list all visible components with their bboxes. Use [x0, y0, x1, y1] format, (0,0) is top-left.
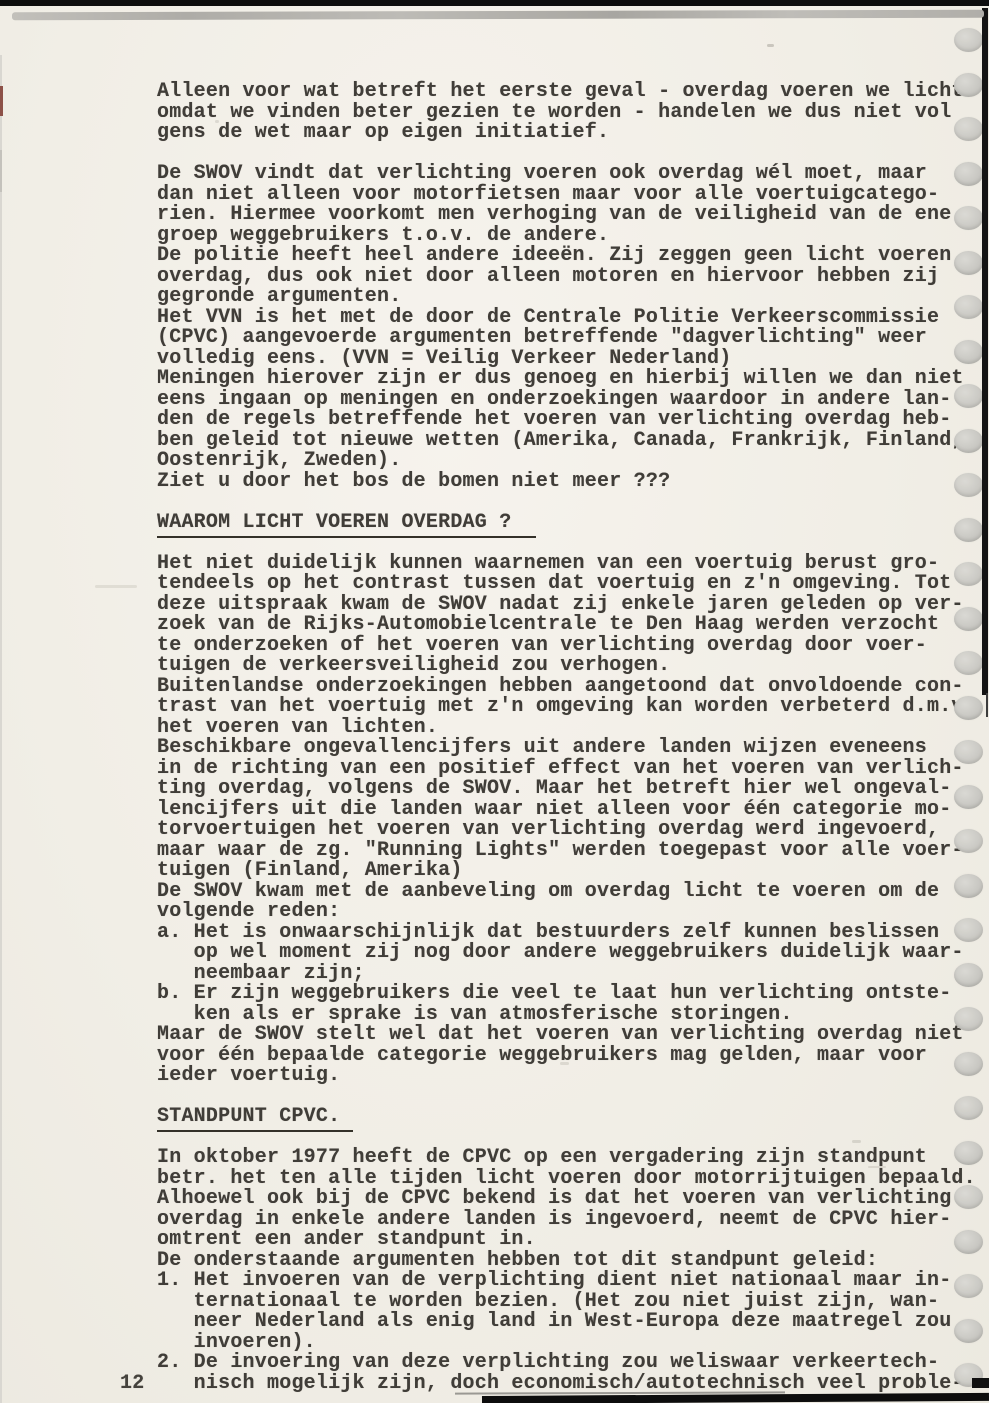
- binder-hole: [954, 1052, 983, 1076]
- binder-hole: [954, 1274, 983, 1298]
- text-line: ting overdag, volgens de SWOV. Maar het …: [157, 779, 976, 800]
- text-line: volgende reden:: [157, 902, 976, 923]
- text-line: dan niet alleen voor motorfietsen maar v…: [157, 185, 976, 206]
- text-line: b. Er zijn weggebruikers die veel te laa…: [157, 984, 976, 1005]
- binder-hole: [954, 963, 983, 987]
- text-line: het voeren van lichten.: [157, 718, 976, 739]
- text-line: Het niet duidelijk kunnen waarnemen van …: [157, 554, 976, 575]
- text-line: Oostenrijk, Zweden).: [157, 451, 976, 472]
- binder-hole: [954, 1185, 983, 1209]
- text-line: trast van het voertuig met z'n omgeving …: [157, 697, 976, 718]
- binder-hole: [954, 429, 983, 453]
- binder-hole: [954, 1141, 983, 1165]
- binder-hole: [954, 340, 983, 364]
- binder-hole: [954, 1230, 983, 1254]
- binder-hole: [954, 1007, 983, 1031]
- text-line: groep weggebruikers t.o.v. de andere.: [157, 226, 976, 247]
- scan-left-edge-line: [0, 55, 2, 1403]
- text-line: overdag, dus ook niet door alleen motore…: [157, 267, 976, 288]
- text-line: invoeren).: [157, 1333, 976, 1354]
- text-line: De politie heeft heel andere ideeën. Zij…: [157, 246, 976, 267]
- scan-right-edge-line-tail: [986, 693, 988, 717]
- text-line: neer Nederland als enig land in West-Eur…: [157, 1312, 976, 1333]
- binder-hole: [954, 785, 983, 809]
- text-line: tuigen (Finland, Amerika): [157, 861, 976, 882]
- text-line: gens de wet maar op eigen initiatief.: [157, 123, 976, 144]
- text-line: ken als er sprake is van atmosferische s…: [157, 1005, 976, 1026]
- text-line: den de regels betreffende het voeren van…: [157, 410, 976, 431]
- binder-hole: [954, 562, 983, 586]
- text-line: Beschikbare ongevallencijfers uit andere…: [157, 738, 976, 759]
- binder-hole: [954, 518, 983, 542]
- scan-top-gray-band: [12, 10, 984, 21]
- section-heading: STANDPUNT CPVC.: [157, 1107, 976, 1128]
- scan-right-edge-line: [982, 8, 988, 695]
- binder-hole: [954, 696, 983, 720]
- binder-hole: [954, 73, 983, 97]
- text-line: overdag in enkele andere landen is ingev…: [157, 1210, 976, 1231]
- text-line: a. Het is onwaarschijnlijk dat bestuurde…: [157, 923, 976, 944]
- text-line: rien. Hiermee voorkomt men verhoging van…: [157, 205, 976, 226]
- binder-hole: [954, 28, 983, 52]
- section-heading: WAAROM LICHT VOEREN OVERDAG ?: [157, 513, 976, 534]
- scan-red-mark: [0, 86, 3, 116]
- binder-hole: [954, 117, 983, 141]
- text-line: omtrent een ander standpunt in.: [157, 1230, 976, 1251]
- text-line: volledig eens. (VVN = Veilig Verkeer Ned…: [157, 349, 976, 370]
- scan-gray-mark: [0, 150, 2, 192]
- text-line: torvoertuigen het voeren van verlichting…: [157, 820, 976, 841]
- text-line: nisch mogelijk zijn, doch economisch/aut…: [157, 1374, 976, 1395]
- binder-hole: [954, 740, 983, 764]
- text-line: Buitenlandse onderzoekingen hebben aange…: [157, 677, 976, 698]
- binder-hole: [954, 473, 983, 497]
- binder-hole: [954, 874, 983, 898]
- text-line: 2. De invoering van deze verplichting zo…: [157, 1353, 976, 1374]
- text-line: ieder voertuig.: [157, 1066, 976, 1087]
- text-line: Alleen voor wat betreft het eerste geval…: [157, 82, 976, 103]
- binder-hole: [954, 651, 983, 675]
- text-line: (CPVC) aangevoerde argumenten betreffend…: [157, 328, 976, 349]
- text-line: [157, 1087, 976, 1108]
- text-line: De onderstaande argumenten hebben tot di…: [157, 1251, 976, 1272]
- binder-hole: [954, 1319, 983, 1343]
- binder-hole: [954, 162, 983, 186]
- text-line: lencijfers uit die landen waar niet alle…: [157, 800, 976, 821]
- text-line: omdat we vinden beter gezien te worden -…: [157, 103, 976, 124]
- text-line: betr. het ten alle tijden licht voeren d…: [157, 1169, 976, 1190]
- text-line: gegronde argumenten.: [157, 287, 976, 308]
- binder-hole: [954, 251, 983, 275]
- text-line: In oktober 1977 heeft de CPVC op een ver…: [157, 1148, 976, 1169]
- text-line: De SWOV kwam met de aanbeveling om overd…: [157, 882, 976, 903]
- binder-hole: [954, 829, 983, 853]
- text-line: op wel moment zij nog door andere weggeb…: [157, 943, 976, 964]
- text-line: ternationaal te worden bezien. (Het zou …: [157, 1292, 976, 1313]
- binder-hole: [954, 1096, 983, 1120]
- text-line: Alhoewel ook bij de CPVC bekend is dat h…: [157, 1189, 976, 1210]
- text-line: eens ingaan op meningen en onderzoekinge…: [157, 390, 976, 411]
- text-line: in de richting van een positief effect v…: [157, 759, 976, 780]
- text-line: Het VVN is het met de door de Centrale P…: [157, 308, 976, 329]
- text-line: Meningen hierover zijn er dus genoeg en …: [157, 369, 976, 390]
- text-line: Maar de SWOV stelt wel dat het voeren va…: [157, 1025, 976, 1046]
- binder-hole: [954, 918, 983, 942]
- text-line: [157, 492, 976, 513]
- typewritten-text: Alleen voor wat betreft het eerste geval…: [157, 82, 976, 1394]
- text-line: deze uitspraak kwam de SWOV nadat zij en…: [157, 595, 976, 616]
- text-line: tendeels op het contrast tussen dat voer…: [157, 574, 976, 595]
- text-line: De SWOV vindt dat verlichting voeren ook…: [157, 164, 976, 185]
- text-line: ben geleid tot nieuwe wetten (Amerika, C…: [157, 431, 976, 452]
- binder-hole: [954, 295, 983, 319]
- scan-speck: [767, 44, 774, 47]
- binder-hole: [954, 384, 983, 408]
- scan-corner-blob: [972, 1378, 989, 1388]
- text-line: [157, 144, 976, 165]
- text-line: neembaar zijn;: [157, 964, 976, 985]
- page-number: 12: [120, 1374, 144, 1395]
- scan-speck: [95, 585, 137, 588]
- scan-top-black-bar: [0, 0, 989, 6]
- binder-hole: [954, 206, 983, 230]
- text-line: zoek van de Rijks-Automobielcentrale te …: [157, 615, 976, 636]
- text-line: Ziet u door het bos de bomen niet meer ?…: [157, 472, 976, 493]
- text-line: te onderzoeken of het voeren van verlich…: [157, 636, 976, 657]
- text-line: voor één bepaalde categorie weggebruiker…: [157, 1046, 976, 1067]
- text-line: maar waar de zg. "Running Lights" werden…: [157, 841, 976, 862]
- binder-hole: [954, 607, 983, 631]
- scanned-page: { "colors": { "paper": "#f1eee6", "ink":…: [0, 0, 989, 1403]
- text-line: tuigen de verkeersveiligheid zou verhoge…: [157, 656, 976, 677]
- text-line: 1. Het invoeren van de verplichting dien…: [157, 1271, 976, 1292]
